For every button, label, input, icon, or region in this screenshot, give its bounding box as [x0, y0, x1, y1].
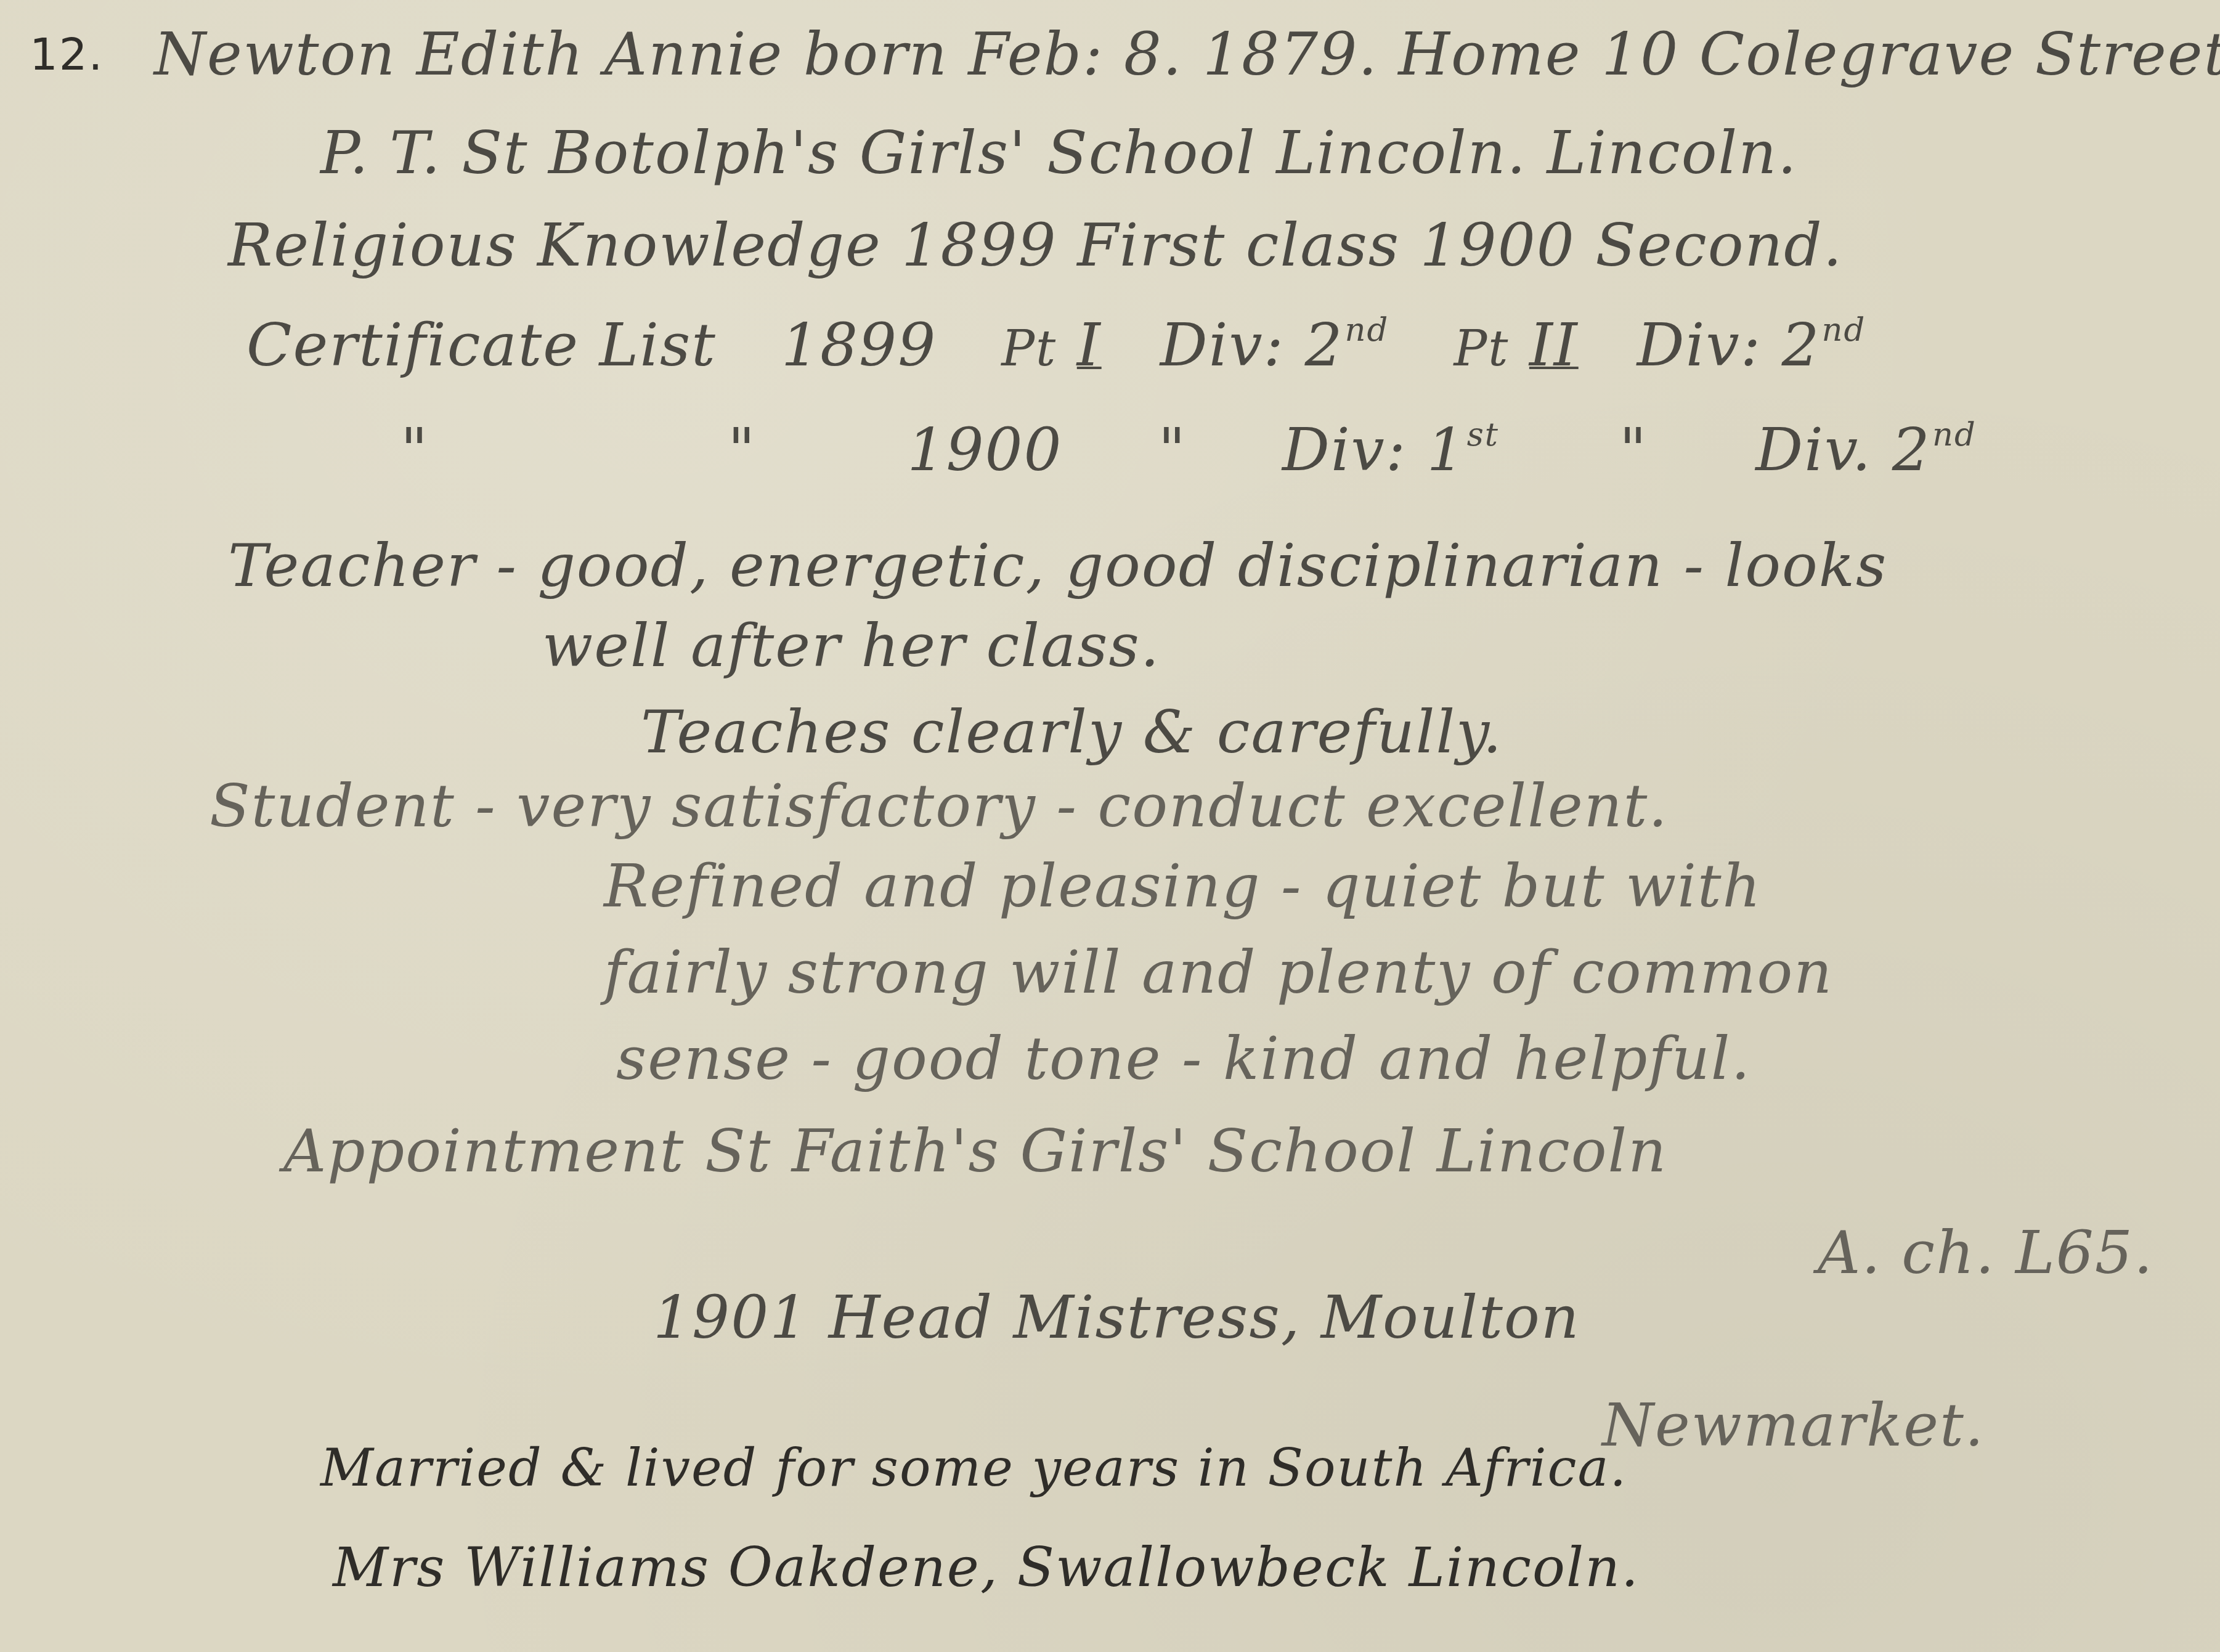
register-page: 12. Newton Edith Annie born Feb: 8. 1879… — [0, 0, 2220, 1652]
appointment-reference: A. ch. L65. — [1818, 1223, 2153, 1282]
religious-knowledge-line: Religious Knowledge 1899 First class 190… — [228, 216, 1843, 275]
ordinal-suffix: st — [1467, 416, 1499, 454]
part-label: Pt — [1454, 320, 1509, 377]
student-remark-line-3: fairly strong will and plenty of common — [604, 943, 1833, 1002]
ditto-mark: " — [728, 415, 756, 484]
division-value: Div: 2 — [1160, 311, 1344, 380]
head-mistress-line: 1901 Head Mistress, Moulton — [653, 1288, 1580, 1347]
current-name-address: Mrs Williams Oakdene, Swallowbeck Lincol… — [333, 1540, 1640, 1595]
ordinal-suffix: nd — [1932, 416, 1977, 454]
ordinal-suffix: nd — [1822, 311, 1866, 349]
ditto-mark: " — [400, 415, 429, 484]
part-number: II — [1529, 311, 1579, 380]
teacher-remark-line-2: well after her class. — [542, 616, 1160, 675]
certificate-year: 1900 — [907, 415, 1062, 484]
teacher-remark-line-1: Teacher - good, energetic, good discipli… — [228, 536, 1887, 595]
married-note: Married & lived for some years in South … — [320, 1442, 1627, 1494]
certificate-year: 1899 — [781, 311, 937, 380]
division-value: Div: 1 — [1282, 415, 1466, 484]
certificate-label: Certificate List — [246, 311, 717, 380]
pupil-teacher-school-line: P. T. St Botolph's Girls' School Lincoln… — [320, 123, 1797, 182]
appointment-line: Appointment St Faith's Girls' School Lin… — [283, 1121, 1667, 1181]
student-remark-line-4: sense - good tone - kind and helpful. — [616, 1029, 1751, 1088]
entry-header-line: Newton Edith Annie born Feb: 8. 1879. Ho… — [154, 25, 2220, 84]
ordinal-suffix: nd — [1345, 311, 1389, 349]
student-remark-line-1: Student - very satisfactory - conduct ex… — [209, 776, 1669, 836]
part-number: I — [1077, 311, 1102, 380]
newmarket-note: Newmarket. — [1602, 1396, 1985, 1455]
certificate-1899-line: Certificate List 1899 Pt I Div: 2nd Pt I… — [246, 314, 1866, 375]
student-remark-line-2: Refined and pleasing - quiet but with — [604, 857, 1762, 916]
division-value: Div. 2 — [1755, 415, 1931, 484]
ditto-mark: " — [1158, 415, 1187, 484]
entry-number: 12. — [30, 32, 104, 76]
ditto-mark: " — [1619, 415, 1648, 484]
certificate-1900-line: " " 1900 " Div: 1st " Div. 2nd — [400, 419, 1977, 479]
teacher-remark-line-3: Teaches clearly & carefully. — [641, 702, 1503, 762]
division-value: Div: 2 — [1637, 311, 1821, 380]
part-label: Pt — [1001, 320, 1057, 377]
